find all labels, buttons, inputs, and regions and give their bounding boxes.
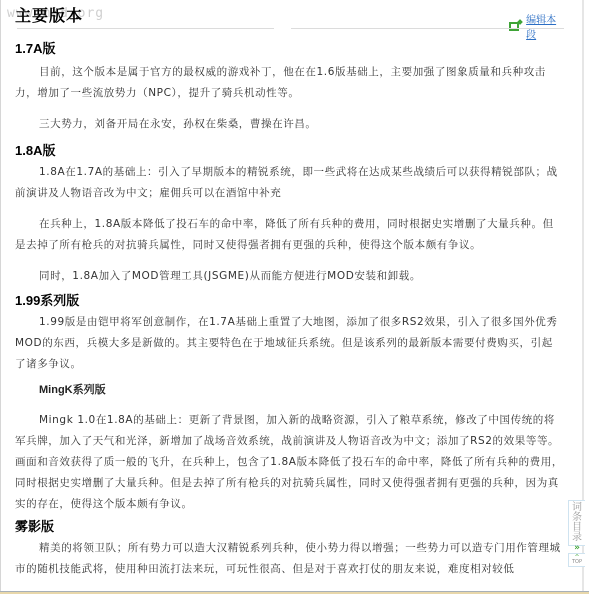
version-body: 精美的将领卫队；所有势力可以造大汉精锐系列兵种，使小势力得以增强；一些势力可以造…: [15, 538, 563, 580]
version-subheading: MingK系列版: [15, 382, 106, 398]
paragraph: 1.99版是由铠甲将军创意制作，在1.7A基础上重置了大地图，添加了很多RS2效…: [15, 312, 563, 375]
paragraph: 同时，1.8A加入了MOD管理工具(JSGME)从而能方便进行MOD安装和卸载。: [15, 266, 563, 287]
table-of-contents-button[interactable]: 词 条 目 录 »: [568, 500, 585, 546]
paragraph: 1.8A在1.7A的基础上：引入了早期版本的精锐系统，即一些武将在达成某些战绩后…: [15, 162, 563, 204]
double-chevron-right-icon: »: [574, 544, 580, 553]
toc-char: 录: [572, 533, 582, 543]
section-header: www.mod.org 主要版本 编辑本段: [1, 0, 561, 29]
version-body: 1.99版是由铠甲将军创意制作，在1.7A基础上重置了大地图，添加了很多RS2效…: [15, 312, 563, 375]
version-body: Mingk 1.0在1.8A的基础上：更新了背景图，加入新的战略资源，引入了粮草…: [15, 410, 563, 515]
section-title: 主要版本: [15, 3, 83, 26]
header-divider: [291, 28, 564, 29]
version-heading: 雾影版: [15, 518, 54, 536]
version-heading: 1.99系列版: [15, 292, 79, 310]
edit-section-label[interactable]: 编辑本段: [526, 11, 561, 41]
edit-section-link[interactable]: 编辑本段: [509, 11, 561, 41]
paragraph: 在兵种上，1.8A版本降低了投石车的命中率，降低了所有兵种的费用，同时根据史实增…: [15, 214, 563, 256]
top-label: TOP: [572, 560, 582, 565]
version-body: 目前，这个版本是属于官方的最权威的游戏补丁，他在在1.6版基础上，主要加强了图象…: [15, 62, 563, 135]
version-heading: 1.8A版: [15, 142, 55, 160]
paragraph: 目前，这个版本是属于官方的最权威的游戏补丁，他在在1.6版基础上，主要加强了图象…: [15, 62, 563, 104]
paragraph: 三大势力，刘备开局在永安，孙权在柴桑，曹操在许昌。: [15, 114, 563, 135]
version-heading: 1.7A版: [15, 40, 55, 58]
paragraph: 精美的将领卫队；所有势力可以造大汉精锐系列兵种，使小势力得以增强；一些势力可以造…: [15, 538, 563, 580]
article-page: www.mod.org 主要版本 编辑本段 1.7A版 目前，这个版本是属于官方…: [0, 0, 584, 591]
header-divider: [17, 28, 274, 29]
paragraph: Mingk 1.0在1.8A的基础上：更新了背景图，加入新的战略资源，引入了粮草…: [15, 410, 563, 515]
back-to-top-button[interactable]: ^ TOP: [568, 553, 585, 567]
edit-icon: [509, 22, 519, 31]
version-body: 1.8A在1.7A的基础上：引入了早期版本的精锐系统，即一些武将在达成某些战绩后…: [15, 162, 563, 287]
